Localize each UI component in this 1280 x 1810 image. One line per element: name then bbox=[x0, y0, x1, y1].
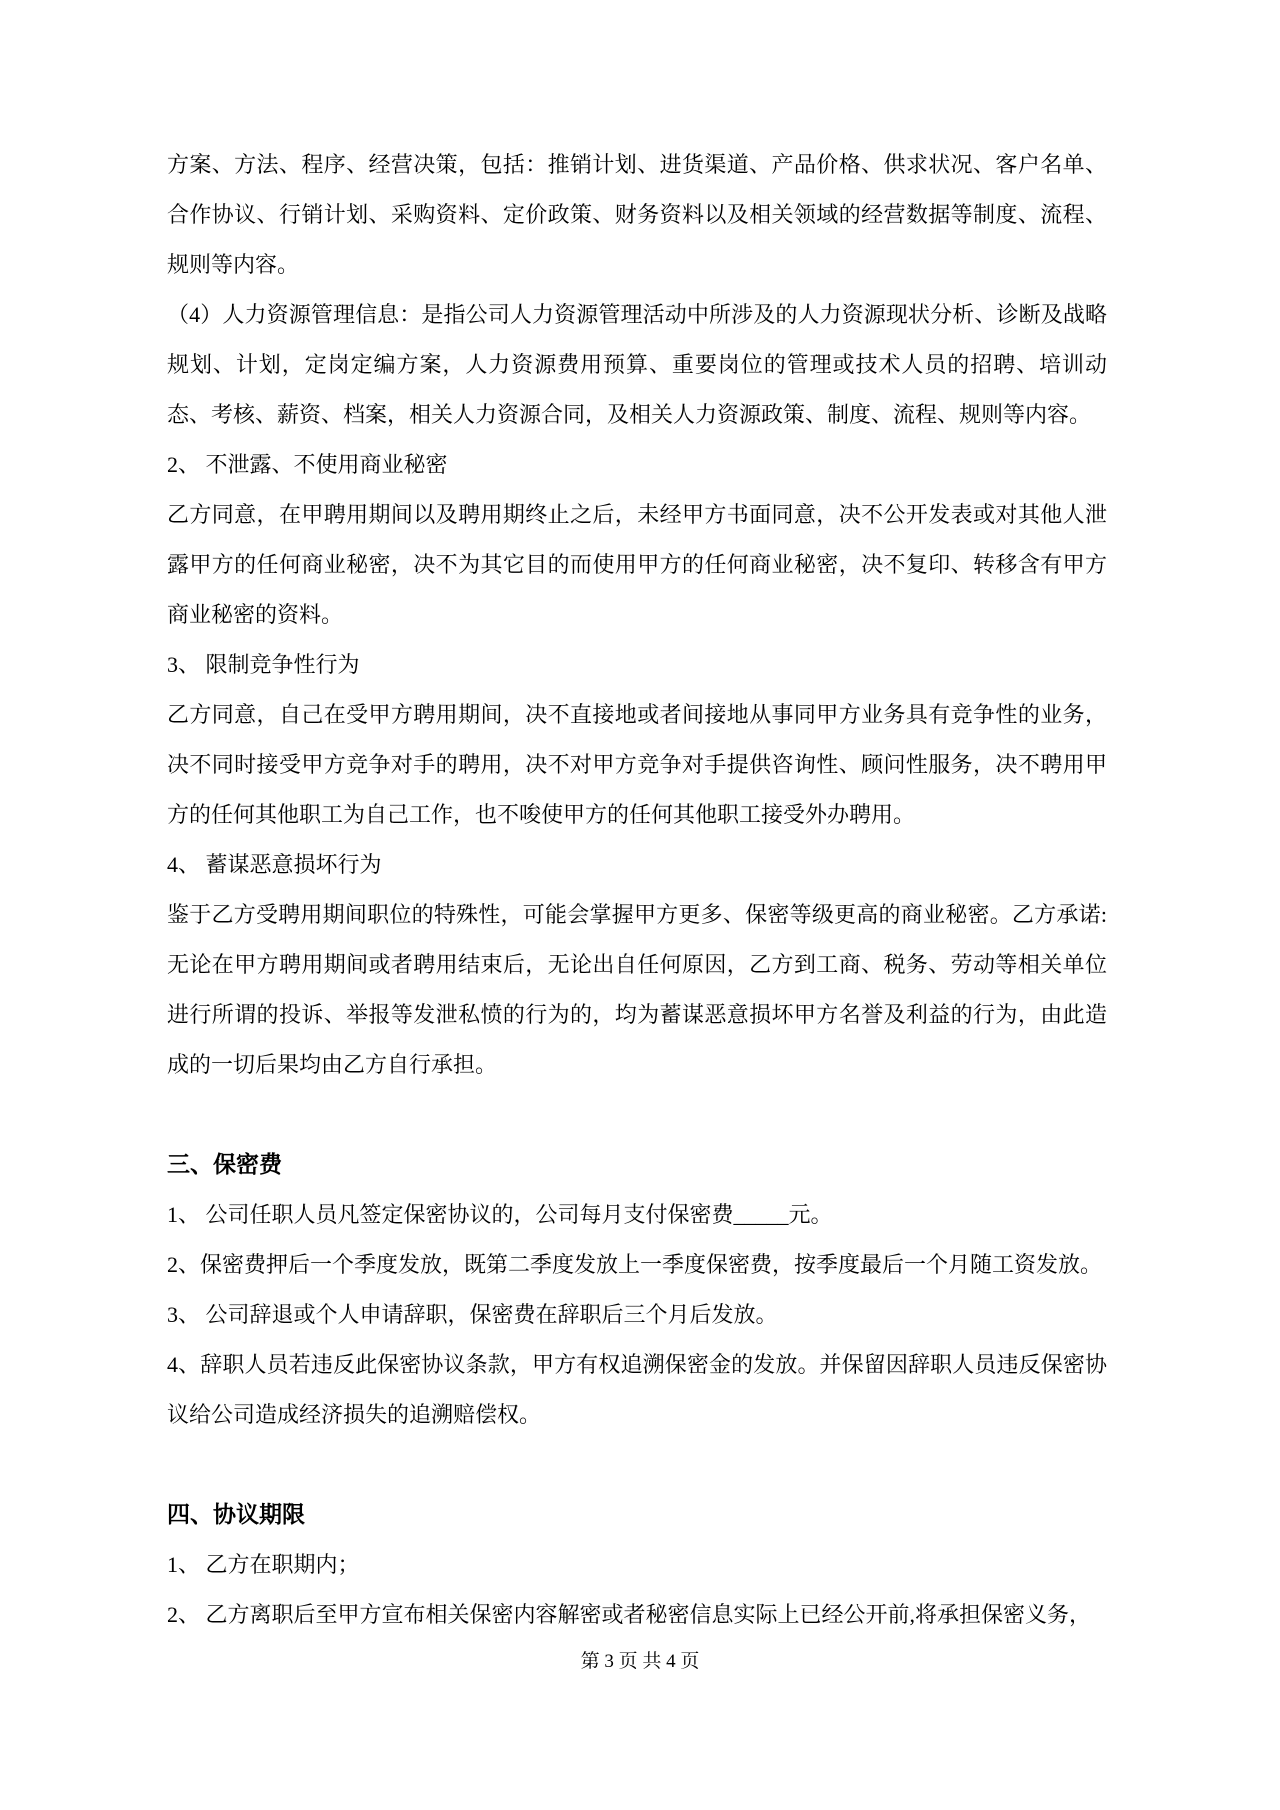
paragraph: （4）人力资源管理信息：是指公司人力资源管理活动中所涉及的人力资源现状分析、诊断… bbox=[167, 290, 1107, 440]
paragraph: 2、 不泄露、不使用商业秘密 bbox=[167, 440, 1107, 490]
paragraph: 2、 乙方离职后至甲方宣布相关保密内容解密或者秘密信息实际上已经公开前,将承担保… bbox=[167, 1590, 1107, 1640]
page-number-footer: 第 3 页 共 4 页 bbox=[0, 1650, 1280, 1674]
paragraph: 3、 公司辞退或个人申请辞职，保密费在辞职后三个月后发放。 bbox=[167, 1290, 1107, 1340]
paragraph: 4、辞职人员若违反此保密协议条款，甲方有权追溯保密金的发放。并保留因辞职人员违反… bbox=[167, 1340, 1107, 1440]
paragraph-spacer bbox=[167, 1090, 1107, 1140]
document-body: 方案、方法、程序、经营决策，包括：推销计划、进货渠道、产品价格、供求状况、客户名… bbox=[167, 140, 1107, 1640]
paragraph: 乙方同意，自己在受甲方聘用期间，决不直接地或者间接地从事同甲方业务具有竞争性的业… bbox=[167, 690, 1107, 840]
paragraph: 方案、方法、程序、经营决策，包括：推销计划、进货渠道、产品价格、供求状况、客户名… bbox=[167, 140, 1107, 290]
paragraph: 鉴于乙方受聘用期间职位的特殊性，可能会掌握甲方更多、保密等级更高的商业秘密。乙方… bbox=[167, 890, 1107, 1090]
section-heading: 三、保密费 bbox=[167, 1140, 1107, 1190]
paragraph-spacer bbox=[167, 1440, 1107, 1490]
document-page: 方案、方法、程序、经营决策，包括：推销计划、进货渠道、产品价格、供求状况、客户名… bbox=[0, 0, 1280, 1810]
paragraph: 2、保密费押后一个季度发放，既第二季度发放上一季度保密费，按季度最后一个月随工资… bbox=[167, 1240, 1107, 1290]
paragraph: 4、 蓄谋恶意损坏行为 bbox=[167, 840, 1107, 890]
paragraph: 3、 限制竞争性行为 bbox=[167, 640, 1107, 690]
paragraph: 1、 公司任职人员凡签定保密协议的，公司每月支付保密费_____元。 bbox=[167, 1190, 1107, 1240]
section-heading: 四、协议期限 bbox=[167, 1490, 1107, 1540]
paragraph: 1、 乙方在职期内； bbox=[167, 1540, 1107, 1590]
paragraph: 乙方同意，在甲聘用期间以及聘用期终止之后，未经甲方书面同意，决不公开发表或对其他… bbox=[167, 490, 1107, 640]
